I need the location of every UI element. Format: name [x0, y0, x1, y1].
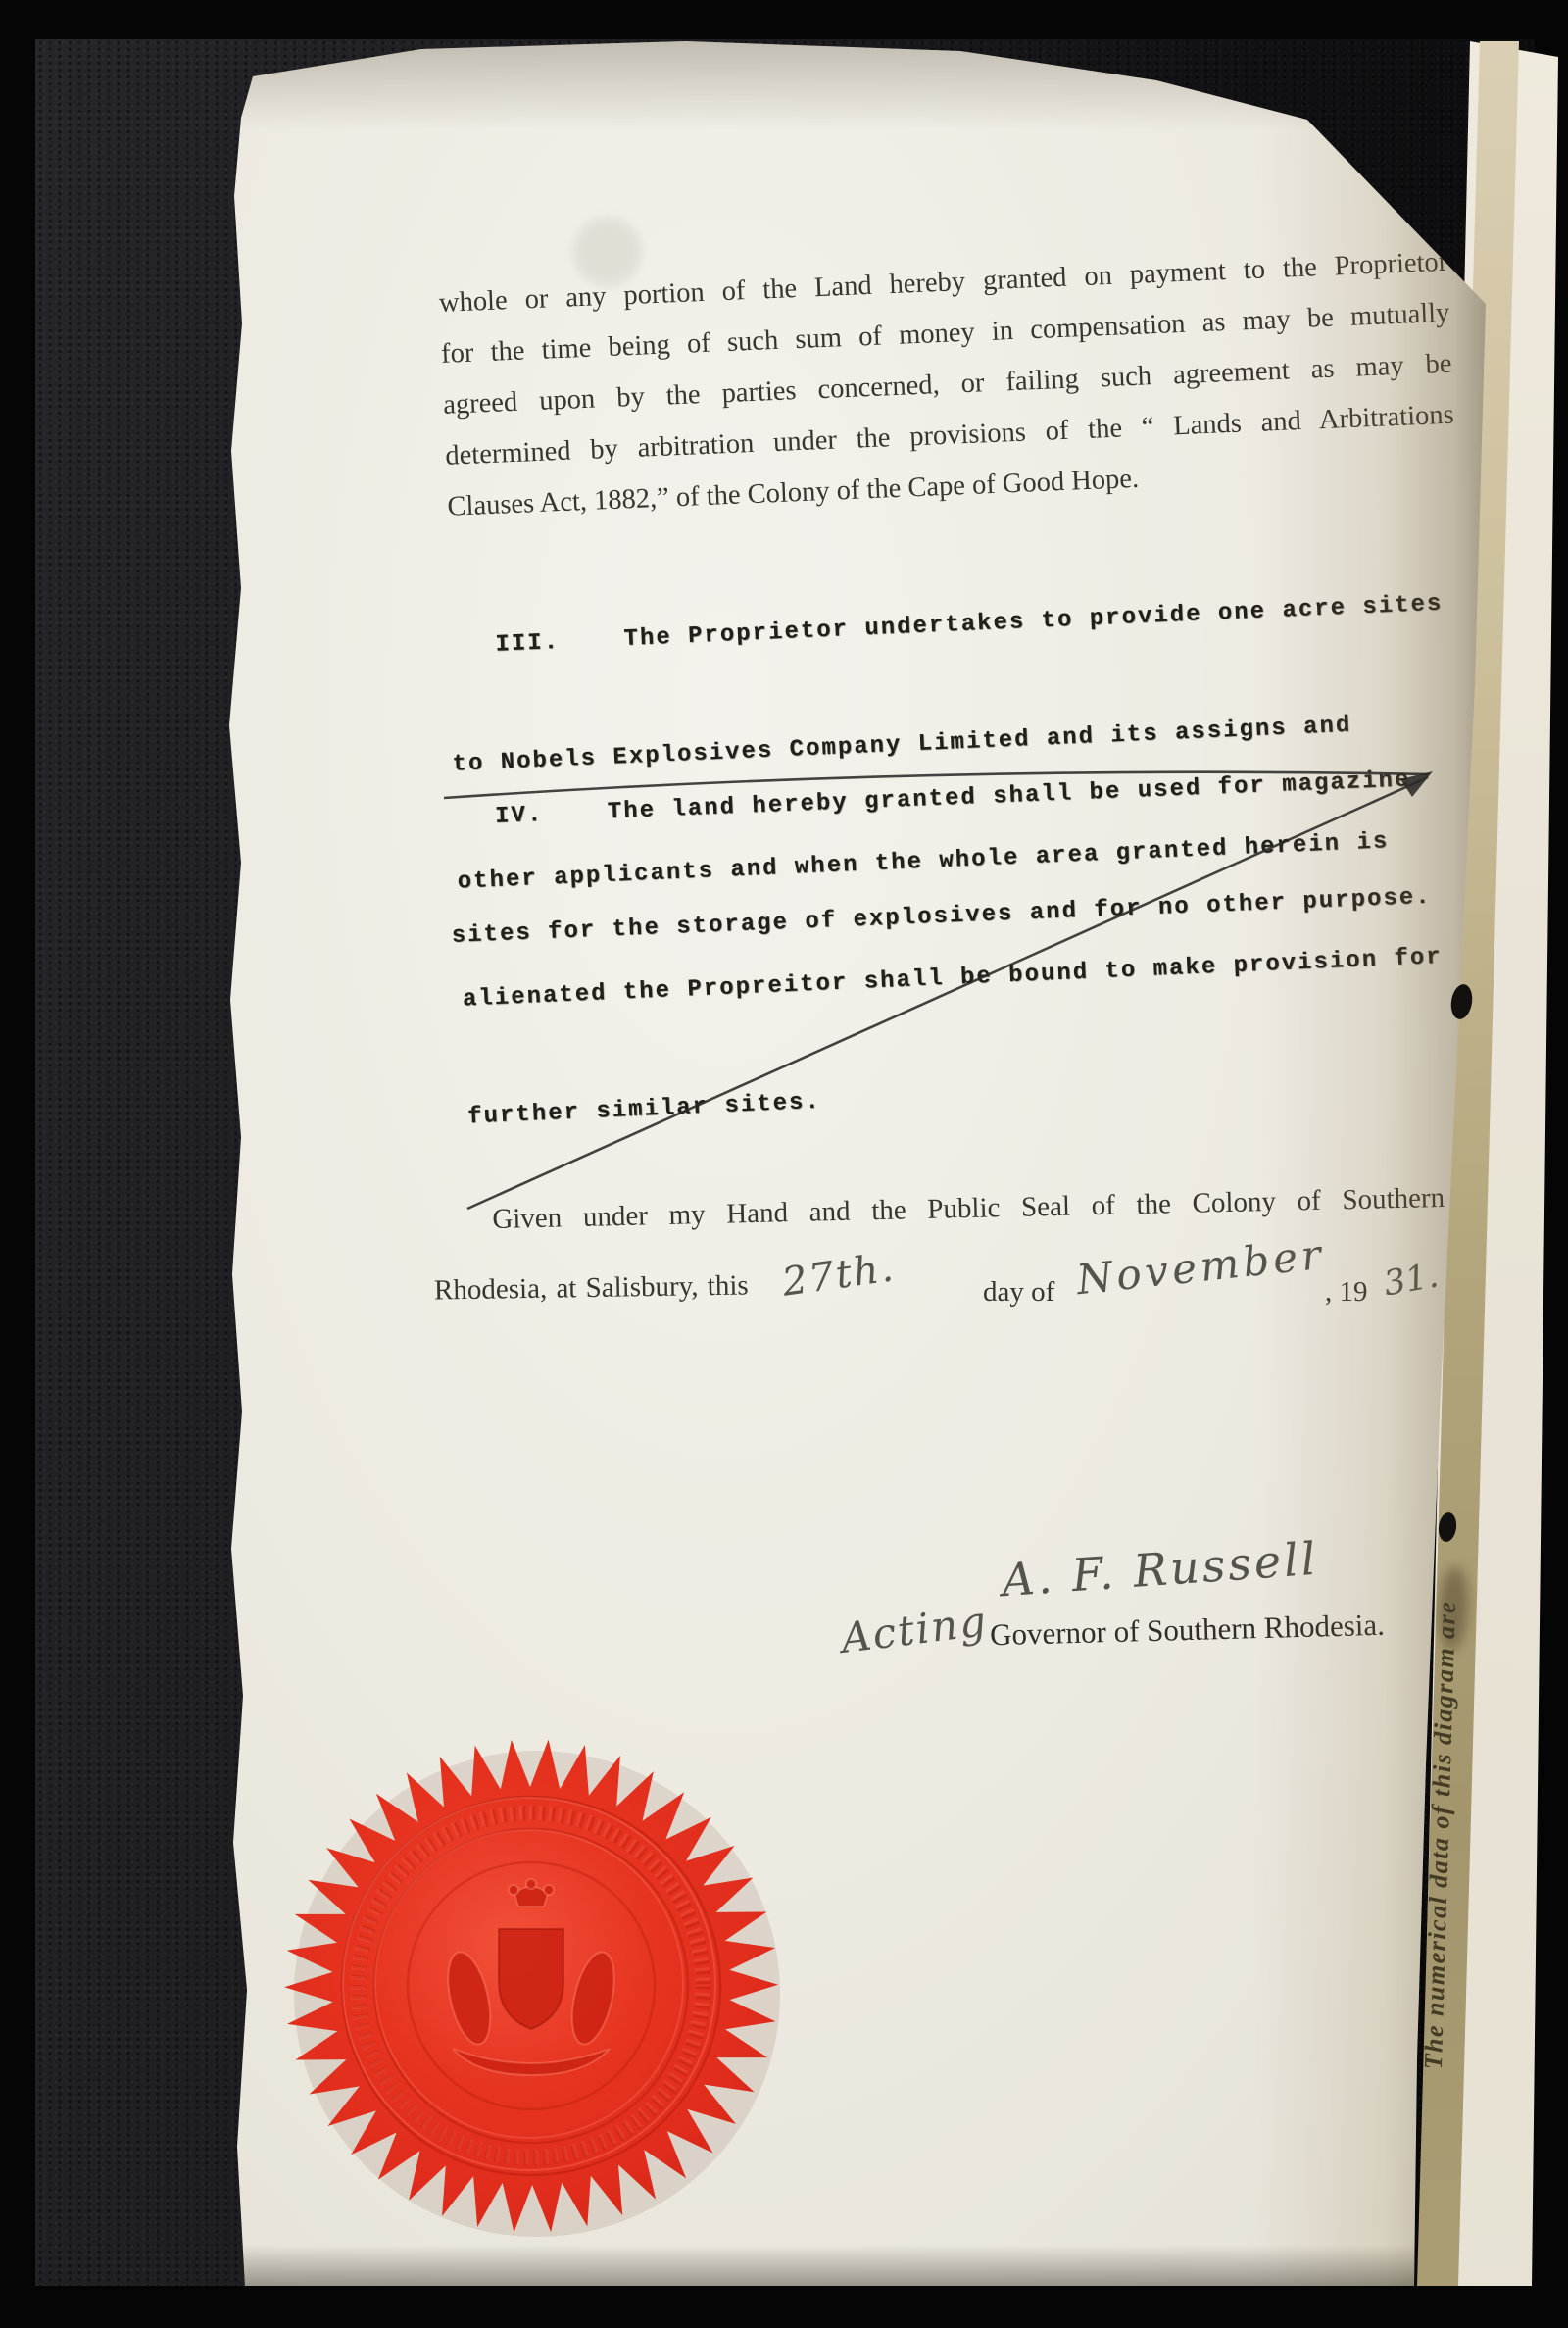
public-seal-icon [276, 1731, 786, 2241]
scanned-document-photo: whole or any portion of the Land hereby … [0, 0, 1568, 2328]
